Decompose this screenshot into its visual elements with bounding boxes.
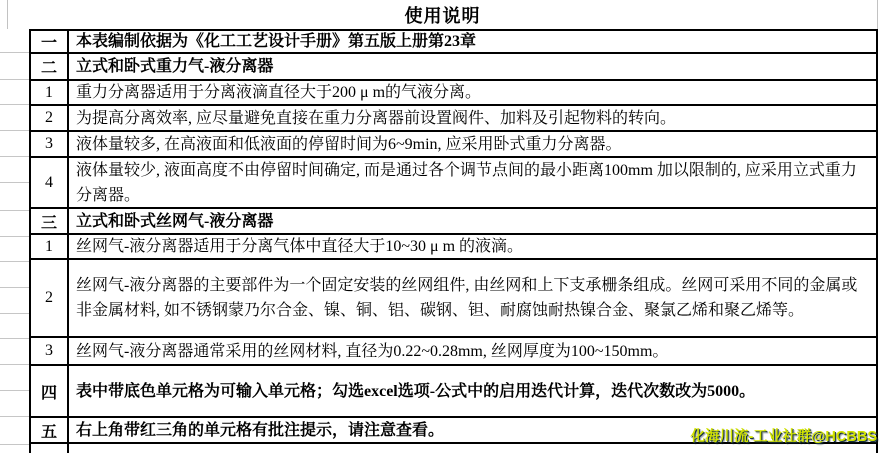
row-number-cell[interactable]: 二 [31, 54, 69, 79]
gridline [0, 130, 29, 131]
gridline [0, 444, 29, 445]
table-row[interactable]: 2 为提高分离效率, 应尽量避免直接在重力分离器前设置阀件、加料及引起物料的转向… [31, 106, 876, 132]
table-row[interactable]: 三 立式和卧式丝网气-液分离器 [31, 209, 876, 235]
row-number-cell[interactable]: 3 [31, 132, 69, 156]
row-text-cell[interactable]: 液体量较多, 在高液面和低液面的停留时间为6~9min, 应采用卧式重力分离器。 [69, 132, 876, 156]
gridline [0, 287, 29, 288]
row-text-cell[interactable]: 为提高分离效率, 应尽量避免直接在重力分离器前设置阀件、加料及引起物料的转向。 [69, 106, 876, 130]
gridline [0, 338, 29, 339]
row-text-cell[interactable]: 丝网气-液分离器的主要部件为一个固定安装的丝网组件, 由丝网和上下支承栅条组成。… [69, 260, 876, 336]
table-row[interactable]: 4 液体量较少, 液面高度不由停留时间确定, 而是通过各个调节点间的最小距离10… [31, 158, 876, 209]
table-row[interactable]: 二 立式和卧式重力气-液分离器 [31, 54, 876, 81]
row-text-cell[interactable]: 本表编制依据为《化工工艺设计手册》第五版上册第23章 [69, 31, 876, 52]
table-row[interactable]: 四 表中带底色单元格为可输入单元格；勾选excel选项-公式中的启用迭代计算，迭… [31, 366, 876, 418]
notes-table: 一 本表编制依据为《化工工艺设计手册》第五版上册第23章 二 立式和卧式重力气-… [29, 29, 878, 444]
row-text-cell[interactable]: 表中带底色单元格为可输入单元格；勾选excel选项-公式中的启用迭代计算，迭代次… [69, 366, 876, 416]
gridline [0, 364, 29, 365]
row-text-cell[interactable]: 立式和卧式丝网气-液分离器 [69, 209, 876, 233]
row-text-cell[interactable]: 丝网气-液分离器通常采用的丝网材料, 直径为0.22~0.28mm, 丝网厚度为… [69, 338, 876, 364]
row-number-cell[interactable]: 三 [31, 209, 69, 233]
gridline [0, 52, 29, 53]
gridline [0, 313, 29, 314]
gridline [0, 236, 29, 237]
gridline [0, 79, 29, 80]
row-text-cell[interactable]: 重力分离器适用于分离液滴直径大于200 μ m的气液分离。 [69, 81, 876, 104]
title-row: 使用说明 [7, 0, 878, 29]
row-number-cell[interactable]: 1 [31, 235, 69, 258]
row-number-cell[interactable]: 4 [31, 158, 69, 207]
row-text-cell[interactable]: 立式和卧式重力气-液分离器 [69, 54, 876, 79]
row-text-cell[interactable]: 液体量较少, 液面高度不由停留时间确定, 而是通过各个调节点间的最小距离100m… [69, 158, 876, 207]
gridline [0, 261, 29, 262]
gridline [0, 390, 29, 391]
spreadsheet-usage-notes: 使用说明 一 本表编制依据为《化工工艺设计手册》第五版上册第23章 二 立式和卧… [0, 0, 890, 453]
gridline [0, 104, 29, 105]
page-title: 使用说明 [405, 2, 481, 28]
row-number-cell[interactable]: 五 [31, 418, 69, 442]
row-number-cell[interactable]: 2 [31, 106, 69, 130]
row-number-cell[interactable]: 3 [31, 338, 69, 364]
table-row[interactable]: 2 丝网气-液分离器的主要部件为一个固定安装的丝网组件, 由丝网和上下支承栅条组… [31, 260, 876, 338]
table-row[interactable]: 1 重力分离器适用于分离液滴直径大于200 μ m的气液分离。 [31, 81, 876, 106]
table-row[interactable]: 1 丝网气-液分离器适用于分离气体中直径大于10~30 μ m 的液滴。 [31, 235, 876, 260]
row-text-cell[interactable]: 丝网气-液分离器适用于分离气体中直径大于10~30 μ m 的液滴。 [69, 235, 876, 258]
row-number-cell[interactable]: 2 [31, 260, 69, 336]
row-number-cell[interactable]: 1 [31, 81, 69, 104]
next-row-border-stub [29, 444, 31, 453]
gridline [0, 210, 29, 211]
gridline [0, 156, 29, 157]
table-row[interactable]: 3 液体量较多, 在高液面和低液面的停留时间为6~9min, 应采用卧式重力分离… [31, 132, 876, 158]
gridline [0, 416, 29, 417]
table-row[interactable]: 3 丝网气-液分离器通常采用的丝网材料, 直径为0.22~0.28mm, 丝网厚… [31, 338, 876, 366]
next-row-border-stub [67, 444, 69, 453]
row-number-cell[interactable]: 一 [31, 31, 69, 52]
table-row[interactable]: 一 本表编制依据为《化工工艺设计手册》第五版上册第23章 [31, 31, 876, 54]
gridline [0, 182, 29, 183]
row-number-cell[interactable]: 四 [31, 366, 69, 416]
watermark-text: 化海川流-工业社群@HCBBS [690, 425, 877, 446]
